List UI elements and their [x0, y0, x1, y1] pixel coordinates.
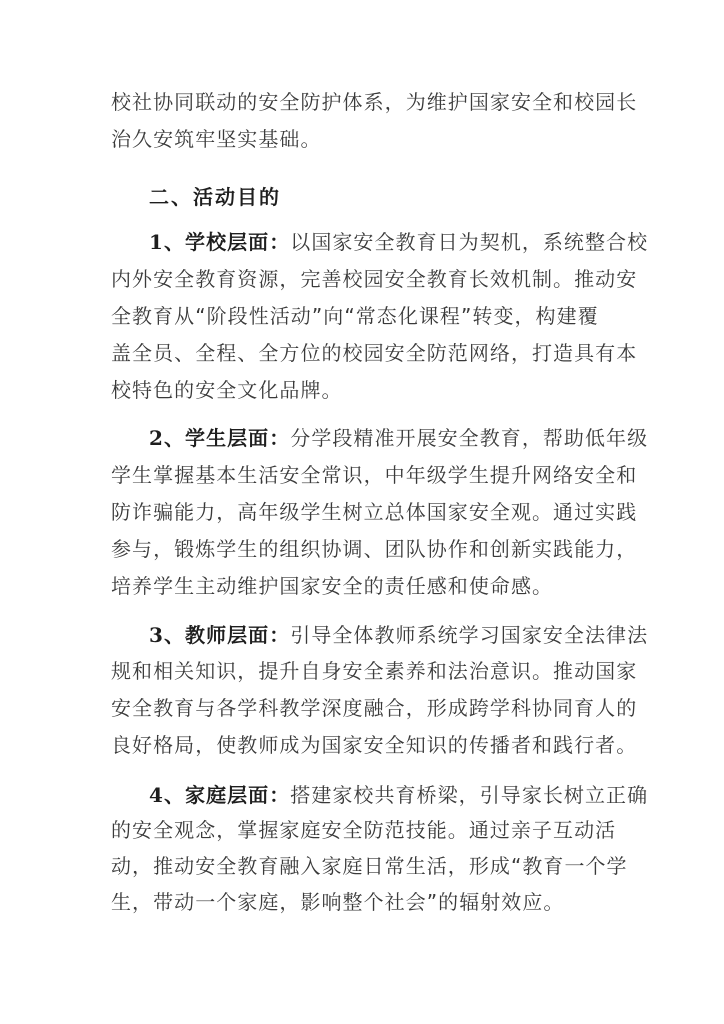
paragraph-4-line-2: 的安全观念，掌握家庭安全防范技能。通过亲子互动活 [111, 818, 611, 842]
paragraph-3-first-line: 3、教师层面：引导全体教师系统学习国家安全法律法 [149, 623, 649, 647]
paragraph-2-line-1: 分学段精准开展安全教育，帮助低年级 [290, 426, 648, 450]
paragraph-4-line-1: 搭建家校共育桥梁，引导家长树立正确 [290, 783, 648, 807]
intro-line-2: 治久安筑牢坚实基础。 [111, 127, 611, 151]
section-heading: 二、活动目的 [149, 185, 281, 209]
document-page: 校社协同联动的安全防护体系，为维护国家安全和校园长 治久安筑牢坚实基础。 二、活… [0, 0, 724, 1024]
paragraph-3-line-3: 安全教育与各学科教学深度融合，形成跨学科协同育人的 [111, 696, 611, 720]
paragraph-3-label: 3、教师层面： [149, 623, 290, 647]
paragraph-2-line-4: 参与，锻炼学生的组织协调、团队协作和创新实践能力， [111, 537, 611, 561]
paragraph-2-line-5: 培养学生主动维护国家安全的责任感和使命感。 [111, 574, 611, 598]
paragraph-3-line-2: 规和相关知识，提升自身安全素养和法治意识。推动国家 [111, 659, 611, 683]
paragraph-3-line-4: 良好格局，使教师成为国家安全知识的传播者和践行者。 [111, 733, 611, 757]
paragraph-4-line-3: 动，推动安全教育融入家庭日常生活，形成“教育一个学 [111, 854, 611, 878]
paragraph-1-line-1: 以国家安全教育日为契机，系统整合校 [290, 230, 648, 254]
paragraph-2-label: 2、学生层面： [149, 426, 290, 450]
paragraph-1-label: 1、学校层面： [149, 230, 290, 254]
paragraph-2-line-3: 防诈骗能力，高年级学生树立总体国家安全观。通过实践 [111, 500, 611, 524]
paragraph-4-line-4: 生，带动一个家庭，影响整个社会”的辐射效应。 [111, 890, 611, 914]
paragraph-4-label: 4、家庭层面： [149, 783, 290, 807]
paragraph-2-first-line: 2、学生层面：分学段精准开展安全教育，帮助低年级 [149, 426, 649, 450]
paragraph-2-line-2: 学生掌握基本生活安全常识，中年级学生提升网络安全和 [111, 463, 611, 487]
paragraph-1-line-3: 全教育从“阶段性活动”向“常态化课程”转变，构建覆 [111, 304, 611, 328]
paragraph-1-line-4: 盖全员、全程、全方位的校园安全防范网络，打造具有本 [111, 341, 611, 365]
paragraph-4-first-line: 4、家庭层面：搭建家校共育桥梁，引导家长树立正确 [149, 783, 649, 807]
paragraph-1-first-line: 1、学校层面：以国家安全教育日为契机，系统整合校 [149, 230, 649, 254]
paragraph-1-line-2: 内外安全教育资源，完善校园安全教育长效机制。推动安 [111, 267, 611, 291]
intro-line-1: 校社协同联动的安全防护体系，为维护国家安全和校园长 [111, 90, 611, 114]
paragraph-3-line-1: 引导全体教师系统学习国家安全法律法 [290, 623, 648, 647]
paragraph-1-line-5: 校特色的安全文化品牌。 [111, 378, 611, 402]
